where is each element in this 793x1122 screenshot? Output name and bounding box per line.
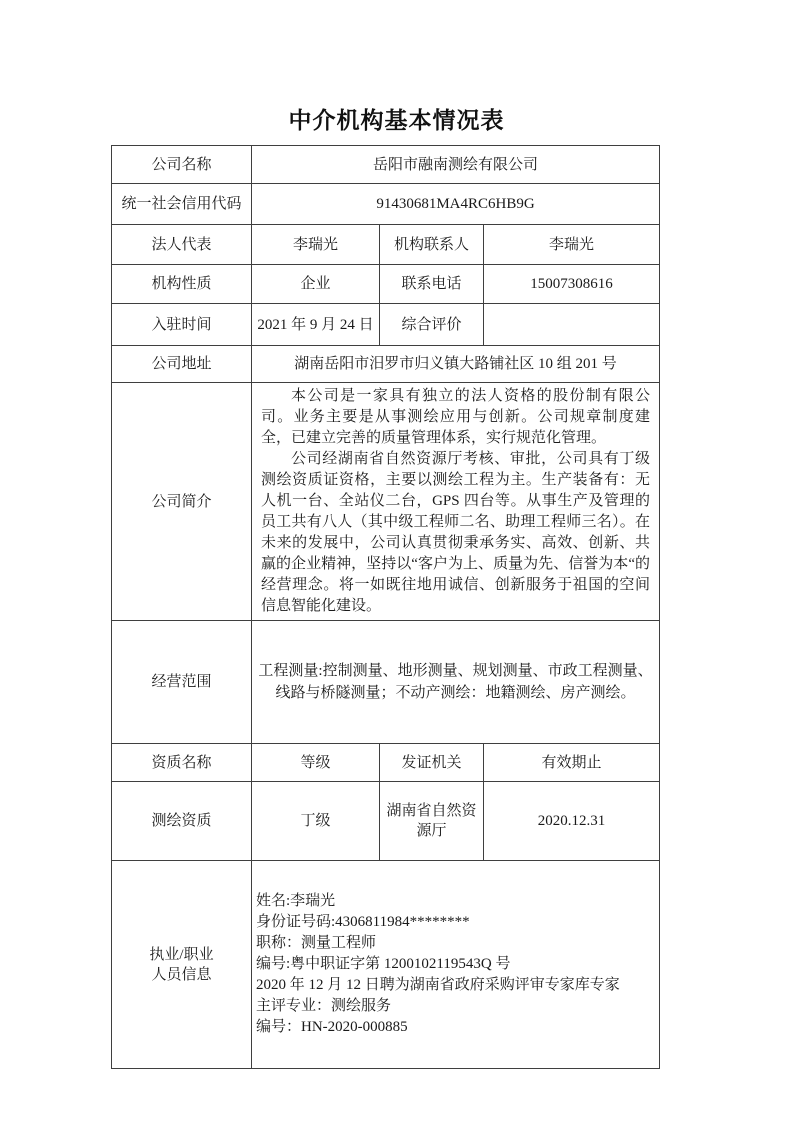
personnel-label: 执业/职业 人员信息: [112, 861, 252, 1069]
personnel-label-line1: 执业/职业: [116, 945, 247, 965]
document-page: 中介机构基本情况表 公司名称 岳阳市融南测绘有限公司 统一社会信用代码 9143…: [0, 0, 793, 1122]
qual-expiry-header: 有效期止: [484, 744, 660, 782]
company-profile-label: 公司简介: [112, 383, 252, 621]
credit-code-label: 统一社会信用代码: [112, 184, 252, 225]
personnel-info: 姓名:李瑞光 身份证号码:4306811984******** 职称：测量工程师…: [252, 861, 660, 1069]
row-credit-code: 统一社会信用代码 91430681MA4RC6HB9G: [112, 184, 660, 225]
agency-info-table: 公司名称 岳阳市融南测绘有限公司 统一社会信用代码 91430681MA4RC6…: [111, 145, 660, 1069]
overall-rating-label: 综合评价: [380, 304, 484, 346]
qual-name-header: 资质名称: [112, 744, 252, 782]
personnel-name: 姓名:李瑞光: [256, 891, 655, 912]
personnel-job-title: 职称：测量工程师: [256, 933, 655, 954]
org-contact-value: 李瑞光: [484, 225, 660, 265]
credit-code-value: 91430681MA4RC6HB9G: [252, 184, 660, 225]
phone-label: 联系电话: [380, 265, 484, 304]
personnel-label-line2: 人员信息: [116, 965, 247, 985]
row-org-type: 机构性质 企业 联系电话 15007308616: [112, 265, 660, 304]
qual-name-value: 测绘资质: [112, 782, 252, 861]
company-profile-text: 本公司是一家具有独立的法人资格的股份制有限公司。业务主要是从事测绘应用与创新。公…: [252, 383, 660, 621]
row-entry-date: 入驻时间 2021 年 9 月 24 日 综合评价: [112, 304, 660, 346]
row-company-profile: 公司简介 本公司是一家具有独立的法人资格的股份制有限公司。业务主要是从事测绘应用…: [112, 383, 660, 621]
qual-expiry-value: 2020.12.31: [484, 782, 660, 861]
entry-date-label: 入驻时间: [112, 304, 252, 346]
org-contact-label: 机构联系人: [380, 225, 484, 265]
personnel-cert-number: 编号:粤中职证字第 1200102119543Q 号: [256, 954, 655, 975]
company-name-value: 岳阳市融南测绘有限公司: [252, 146, 660, 184]
company-name-label: 公司名称: [112, 146, 252, 184]
profile-paragraph-2: 公司经湖南省自然资源厅考核、审批，公司具有丁级测绘资质证资格，主要以测绘工程为主…: [261, 449, 650, 617]
personnel-expert-appointment: 2020 年 12 月 12 日聘为湖南省政府采购评审专家库专家: [256, 975, 655, 996]
qual-issuer-value: 湖南省自然资源厅: [380, 782, 484, 861]
entry-date-value: 2021 年 9 月 24 日: [252, 304, 380, 346]
row-qualification: 测绘资质 丁级 湖南省自然资源厅 2020.12.31: [112, 782, 660, 861]
personnel-expert-number: 编号：HN-2020-000885: [256, 1017, 655, 1038]
row-qualification-header: 资质名称 等级 发证机关 有效期止: [112, 744, 660, 782]
row-legal-rep: 法人代表 李瑞光 机构联系人 李瑞光: [112, 225, 660, 265]
personnel-id-number: 身份证号码:4306811984********: [256, 912, 655, 933]
qual-level-value: 丁级: [252, 782, 380, 861]
business-scope-text: 工程测量:控制测量、地形测量、规划测量、市政工程测量、线路与桥隧测量；不动产测绘…: [252, 621, 660, 744]
profile-paragraph-1: 本公司是一家具有独立的法人资格的股份制有限公司。业务主要是从事测绘应用与创新。公…: [261, 386, 650, 449]
page-title: 中介机构基本情况表: [0, 102, 793, 135]
legal-rep-value: 李瑞光: [252, 225, 380, 265]
address-label: 公司地址: [112, 346, 252, 383]
overall-rating-value: [484, 304, 660, 346]
phone-value: 15007308616: [484, 265, 660, 304]
address-value: 湖南岳阳市汨罗市归义镇大路铺社区 10 组 201 号: [252, 346, 660, 383]
qual-level-header: 等级: [252, 744, 380, 782]
org-type-label: 机构性质: [112, 265, 252, 304]
row-business-scope: 经营范围 工程测量:控制测量、地形测量、规划测量、市政工程测量、线路与桥隧测量；…: [112, 621, 660, 744]
business-scope-value: 工程测量:控制测量、地形测量、规划测量、市政工程测量、线路与桥隧测量；不动产测绘…: [256, 660, 655, 704]
legal-rep-label: 法人代表: [112, 225, 252, 265]
business-scope-label: 经营范围: [112, 621, 252, 744]
row-address: 公司地址 湖南岳阳市汨罗市归义镇大路铺社区 10 组 201 号: [112, 346, 660, 383]
row-company-name: 公司名称 岳阳市融南测绘有限公司: [112, 146, 660, 184]
row-personnel: 执业/职业 人员信息 姓名:李瑞光 身份证号码:4306811984******…: [112, 861, 660, 1069]
org-type-value: 企业: [252, 265, 380, 304]
personnel-review-specialty: 主评专业：测绘服务: [256, 996, 655, 1017]
qual-issuer-header: 发证机关: [380, 744, 484, 782]
